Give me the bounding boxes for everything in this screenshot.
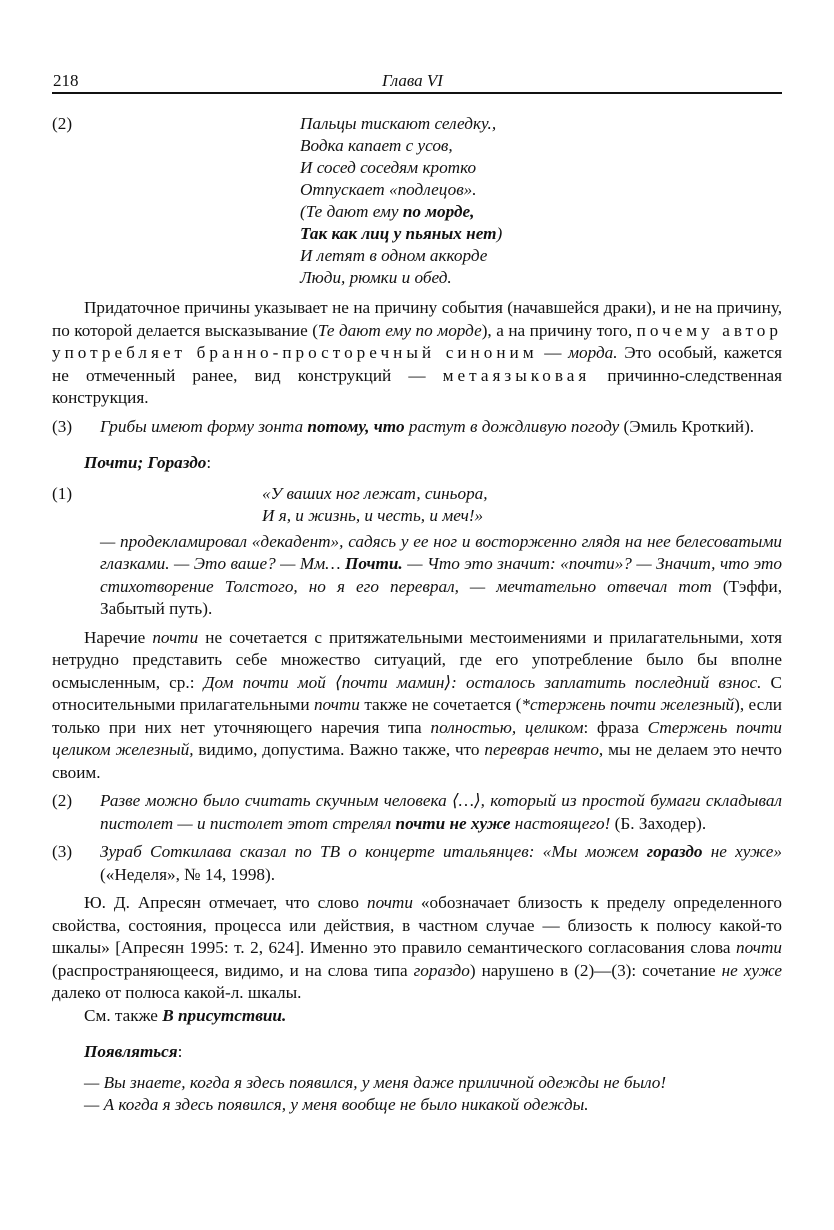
example-3: (3) Грибы имеют форму зонта потому, что … <box>52 416 782 439</box>
paragraph: Придаточное причины указывает не на прич… <box>52 297 782 410</box>
example-number: (2) <box>52 113 72 136</box>
dialogue-line: — Вы знаете, когда я здесь появился, у м… <box>84 1072 782 1095</box>
book-page: 218 Глава VI (2) Пальцы тискают селедку.… <box>52 60 782 1117</box>
example-3b: (3) Зураб Соткилава сказал по ТВ о конце… <box>52 841 782 886</box>
poem-line: Пальцы тискают селедку., <box>300 113 782 135</box>
example-2-poem: (2) Пальцы тискают селедку., Водка капае… <box>52 113 782 289</box>
poem-line: Люди, рюмки и обед. <box>300 267 782 289</box>
page-number: 218 <box>53 70 79 93</box>
section-heading: Почти; Гораздо: <box>84 452 782 475</box>
poem-line: Так как лиц у пьяных нет) <box>300 223 782 245</box>
example-1: (1) «У ваших ног лежат, синьора, И я, и … <box>52 483 782 621</box>
section-heading: Появляться: <box>84 1041 782 1064</box>
poem-line: И сосед соседям кротко <box>300 157 782 179</box>
poem-line: Водка капает с усов, <box>300 135 782 157</box>
paragraph: Наречие почти не сочетается с притяжател… <box>52 627 782 785</box>
poem-line: Отпускает «подлецов». <box>300 179 782 201</box>
poem-line: (Те дают ему по морде, <box>300 201 782 223</box>
poem: Пальцы тискают селедку., Водка капает с … <box>300 113 782 289</box>
dialogue-line: — А когда я здесь появился, у меня вообщ… <box>84 1094 782 1117</box>
dialogue: — Вы знаете, когда я здесь появился, у м… <box>52 1072 782 1117</box>
example-2: (2) Разве можно было считать скучным чел… <box>52 790 782 835</box>
see-also: См. также В присутствии. <box>52 1005 782 1028</box>
running-title: Глава VI <box>382 70 443 93</box>
paragraph: Ю. Д. Апресян отмечает, что слово почти … <box>52 892 782 1005</box>
poem-line: И летят в одном аккорде <box>300 245 782 267</box>
page-header: 218 Глава VI <box>52 60 782 94</box>
